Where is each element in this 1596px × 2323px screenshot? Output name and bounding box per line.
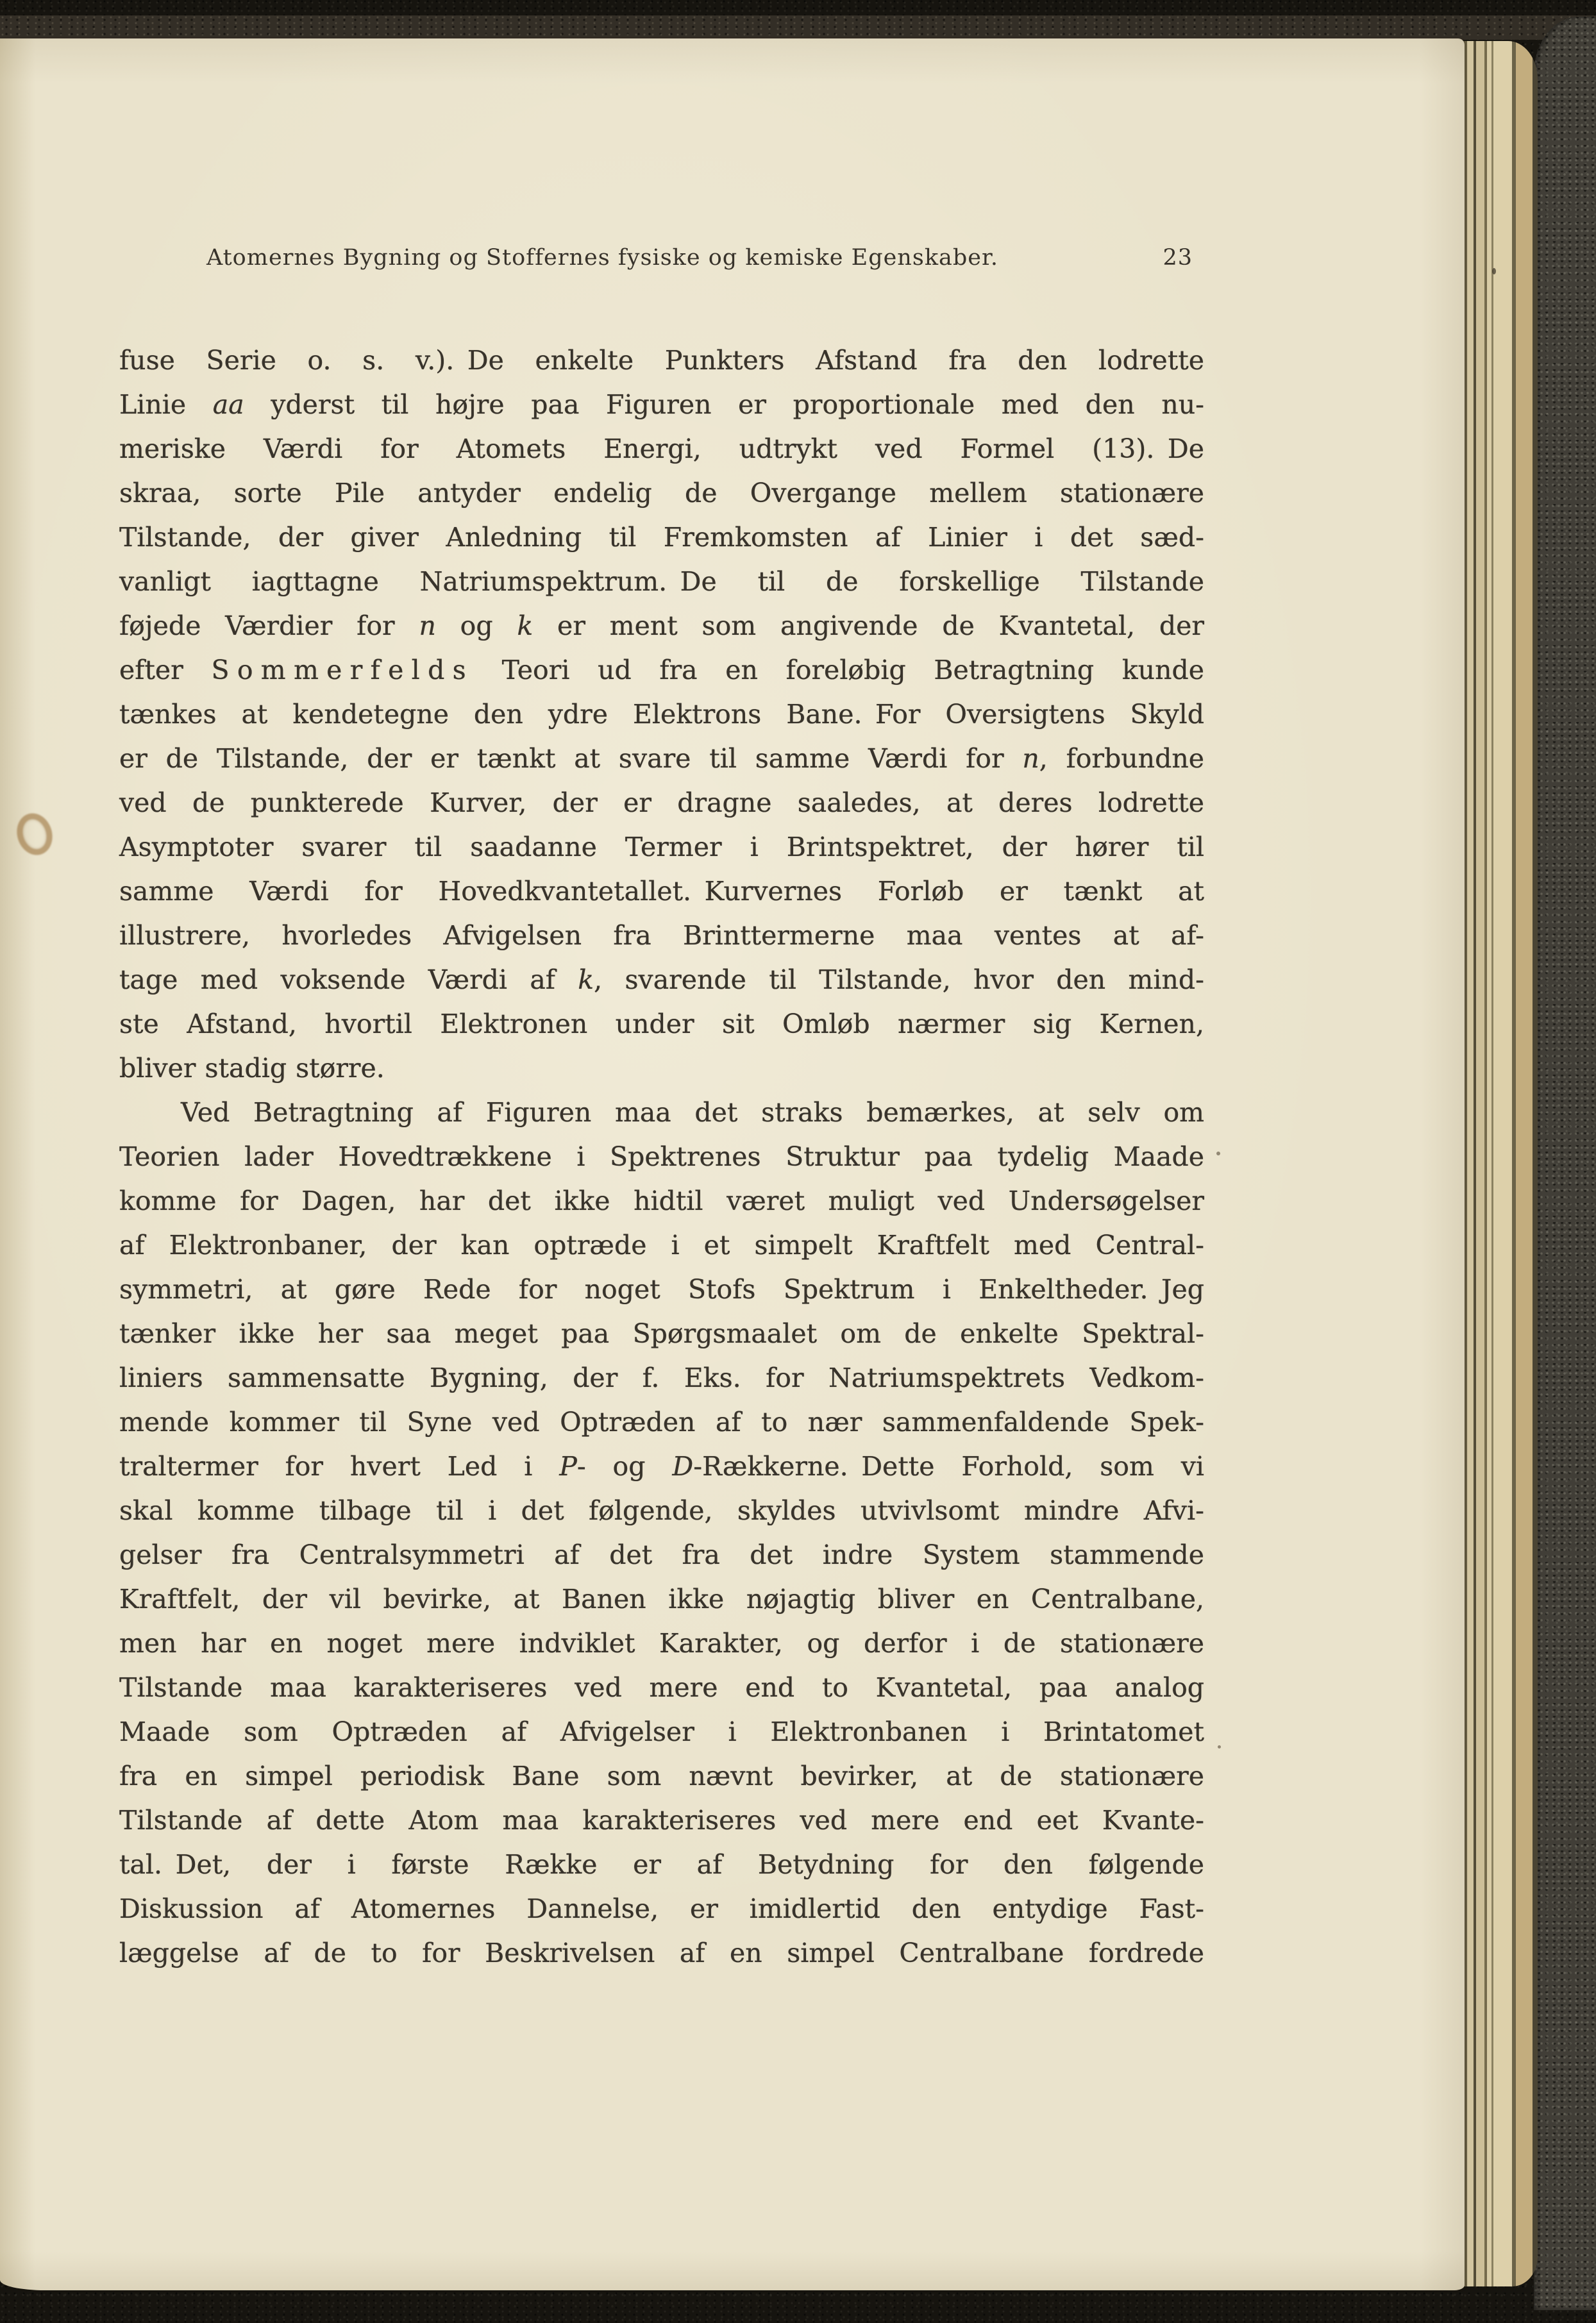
text-line: Diskussion af Atomernes Dannelse, er imi… xyxy=(119,1887,1204,1931)
book-cover-top-edge xyxy=(0,15,1596,40)
paper-speck xyxy=(1216,1152,1220,1155)
text-line: Linie aa yderst til højre paa Figuren er… xyxy=(119,383,1204,427)
book-cover-right xyxy=(1534,17,1596,2310)
text-line: ste Afstand, hvortil Elektronen under si… xyxy=(119,1002,1204,1046)
paper-speck xyxy=(1218,1745,1221,1749)
text-line: skraa, sorte Pile antyder endelig de Ove… xyxy=(119,471,1204,516)
page-number: 23 xyxy=(1163,245,1193,271)
edge-speck xyxy=(1492,268,1496,274)
text-line: illustrere, hvorledes Afvigelsen fra Bri… xyxy=(119,914,1204,958)
text-line: meriske Værdi for Atomets Energi, udtryk… xyxy=(119,427,1204,471)
text-line: bliver stadig større. xyxy=(119,1046,1204,1091)
ring-stain xyxy=(12,809,58,859)
text-line: læggelse af de to for Beskrivelsen af en… xyxy=(119,1931,1204,1975)
text-line: gelser fra Centralsymmetri af det fra de… xyxy=(119,1533,1204,1577)
text-line: Teorien lader Hovedtrækkene i Spektrenes… xyxy=(119,1135,1204,1179)
text-line: traltermer for hvert Led i P- og D-Række… xyxy=(119,1445,1204,1489)
text-line: skal komme tilbage til i det følgende, s… xyxy=(119,1489,1204,1533)
text-line: Asymptoter svarer til saadanne Termer i … xyxy=(119,825,1204,869)
text-line: Ved Betragtning af Figuren maa det strak… xyxy=(119,1091,1204,1135)
paper-speck xyxy=(415,1868,418,1872)
text-line: tage med voksende Værdi af k, svarende t… xyxy=(119,958,1204,1002)
text-line: tænkes at kendetegne den ydre Elektrons … xyxy=(119,692,1204,737)
text-line: samme Værdi for Hovedkvantetallet. Kurve… xyxy=(119,869,1204,914)
text-line: liniers sammensatte Bygning, der f. Eks.… xyxy=(119,1356,1204,1400)
text-line: Tilstande maa karakteriseres ved mere en… xyxy=(119,1666,1204,1710)
text-line: fuse Serie o. s. v.). De enkelte Punkter… xyxy=(119,339,1204,383)
text-line: efter Sommerfelds Teori ud fra en forelø… xyxy=(119,648,1204,692)
running-head: Atomernes Bygning og Stoffernes fysiske … xyxy=(119,245,1204,281)
text-line: komme for Dagen, har det ikke hidtil vær… xyxy=(119,1179,1204,1223)
text-line: er de Tilstande, der er tænkt at svare t… xyxy=(119,737,1204,781)
text-line: ved de punkterede Kurver, der er dragne … xyxy=(119,781,1204,825)
text-line: men har en noget mere indviklet Karakter… xyxy=(119,1622,1204,1666)
text-line: mende kommer til Syne ved Optræden af to… xyxy=(119,1400,1204,1445)
text-line: af Elektronbaner, der kan optræde i et s… xyxy=(119,1223,1204,1268)
text-line: tænker ikke her saa meget paa Spørgsmaal… xyxy=(119,1312,1204,1356)
book-scan: Atomernes Bygning og Stoffernes fysiske … xyxy=(0,0,1596,2323)
text-line: Kraftfelt, der vil bevirke, at Banen ikk… xyxy=(119,1577,1204,1622)
running-head-title: Atomernes Bygning og Stoffernes fysiske … xyxy=(119,245,1204,271)
text-line: Tilstande, der giver Anledning til Fremk… xyxy=(119,516,1204,560)
page-fore-edges xyxy=(1463,41,1538,2286)
text-line: symmetri, at gøre Rede for noget Stofs S… xyxy=(119,1268,1204,1312)
text-line: vanligt iagttagne Natriumspektrum. De ti… xyxy=(119,560,1204,604)
text-line: føjede Værdier for n og k er ment som an… xyxy=(119,604,1204,648)
text-line: Maade som Optræden af Afvigelser i Elekt… xyxy=(119,1710,1204,1754)
scanned-page: Atomernes Bygning og Stoffernes fysiske … xyxy=(0,38,1465,2290)
body-text: fuse Serie o. s. v.). De enkelte Punkter… xyxy=(119,339,1204,1975)
text-line: Tilstande af dette Atom maa karakteriser… xyxy=(119,1799,1204,1843)
text-line: tal. Det, der i første Række er af Betyd… xyxy=(119,1843,1204,1887)
text-line: fra en simpel periodisk Bane som nævnt b… xyxy=(119,1754,1204,1799)
